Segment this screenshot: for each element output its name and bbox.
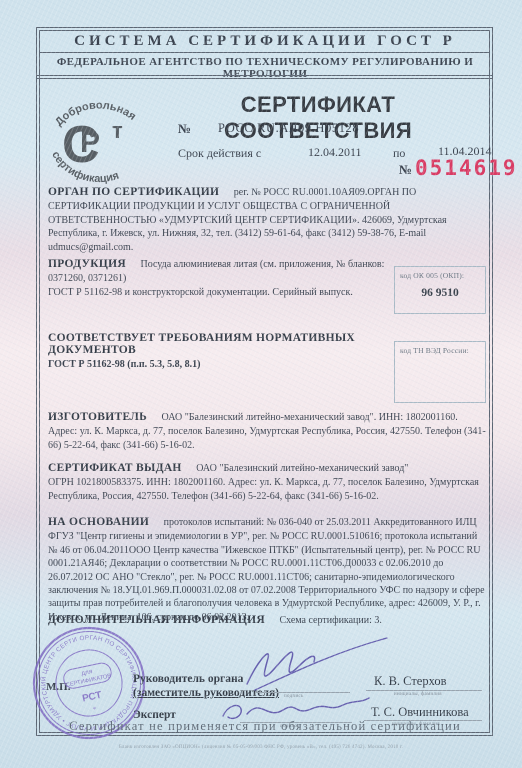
issued-to-line1: ОАО "Балезинский литейно-механический за… xyxy=(196,463,408,474)
head-signature-stroke xyxy=(235,636,395,694)
header-rule-1 xyxy=(40,52,490,53)
stamp-center-mark: РСТ xyxy=(81,690,102,705)
header-rule-3 xyxy=(37,78,493,79)
bottom-note: Сертификат не применяется при обязательн… xyxy=(37,719,493,734)
section-manufacturer: ИЗГОТОВИТЕЛЬ ОАО "Балезинский литейно-ме… xyxy=(48,410,486,452)
head-name: К. В. Стерхов xyxy=(374,674,447,689)
section-product: ПРОДУКЦИЯ Посуда алюминиевая литая (см. … xyxy=(48,257,394,299)
section-conforms: СООТВЕТСТВУЕТ ТРЕБОВАНИЯМ НОРМАТИВНЫХ ДО… xyxy=(48,332,394,370)
stamp-center-line1: для xyxy=(81,668,94,677)
svg-text:*: * xyxy=(92,705,98,714)
blank-number: 0514619 xyxy=(415,156,518,180)
issued-to-text: ОГРН 1021800583375. ИНН: 1802001160. Адр… xyxy=(48,476,486,503)
blank-fine-print: Бланк изготовлен ЗАО «ОПЦИОН» (лицензия … xyxy=(0,745,522,750)
rst-voluntary-certification-logo: Добровольная сертификация С Р т xyxy=(38,84,160,186)
section-basis: НА ОСНОВАНИИ протоколов испытаний: № 036… xyxy=(48,515,486,624)
head-role-line1: Руководитель органа xyxy=(133,673,243,685)
additional-info-text: Схема сертификации: 3. xyxy=(279,615,381,626)
logo-monogram-r: Р xyxy=(80,126,100,159)
basis-label: НА ОСНОВАНИИ xyxy=(48,516,149,528)
basis-text: протоколов испытаний: № 036-040 от 25.03… xyxy=(48,517,485,623)
agency-title: ФЕДЕРАЛЬНОЕ АГЕНТСТВО ПО ТЕХНИЧЕСКОМУ РЕ… xyxy=(42,56,488,80)
issued-to-label: СЕРТИФИКАТ ВЫДАН xyxy=(48,462,182,474)
validity-from: 12.04.2011 xyxy=(308,145,362,160)
validity-label: Срок действия с xyxy=(178,146,261,161)
section-certification-body: ОРГАН ПО СЕРТИФИКАЦИИ рег. № РОСС RU.000… xyxy=(48,185,486,254)
document-title: СЕРТИФИКАТ СООТВЕТСТВИЯ xyxy=(150,92,486,144)
head-name-caption: инициалы, фамилия xyxy=(394,692,442,697)
section-issued-to: СЕРТИФИКАТ ВЫДАН ОАО "Балезинский литейн… xyxy=(48,461,486,503)
reg-number-sign: № xyxy=(178,121,191,137)
okp-code-box: код ОК 005 (ОКП): 96 9510 xyxy=(394,266,486,314)
conforms-label: СООТВЕТСТВУЕТ ТРЕБОВАНИЯМ НОРМАТИВНЫХ ДО… xyxy=(48,332,394,356)
manufacturer-label: ИЗГОТОВИТЕЛЬ xyxy=(48,411,147,423)
system-title: СИСТЕМА СЕРТИФИКАЦИИ ГОСТ Р xyxy=(37,33,493,50)
header-rule-2 xyxy=(37,75,493,76)
tnved-code-box: код ТН ВЭД России: xyxy=(394,341,486,403)
product-label: ПРОДУКЦИЯ xyxy=(48,258,126,270)
conforms-text: ГОСТ Р 51162-98 (п.п. 5.3, 5.8, 8.1) xyxy=(48,359,394,370)
blank-number-sign: № xyxy=(399,162,412,178)
reg-number-value: РОСС RU.АЯ09.Н05128 xyxy=(218,121,359,136)
okp-code-value: 96 9510 xyxy=(400,287,480,299)
certificate-sheet: СИСТЕМА СЕРТИФИКАЦИИ ГОСТ Р ФЕДЕРАЛЬНОЕ … xyxy=(0,0,522,768)
validity-to-label: по xyxy=(393,146,405,161)
okp-code-label: код ОК 005 (ОКП): xyxy=(400,271,480,280)
certification-body-label: ОРГАН ПО СЕРТИФИКАЦИИ xyxy=(48,186,219,198)
head-name-line xyxy=(366,690,482,691)
expert-name: Т. С. Овчинникова xyxy=(371,705,469,720)
tnved-code-label: код ТН ВЭД России: xyxy=(400,346,480,355)
logo-monogram-t: т xyxy=(112,118,123,143)
product-line2: ГОСТ Р 51162-98 и конструкторской докуме… xyxy=(48,286,394,299)
